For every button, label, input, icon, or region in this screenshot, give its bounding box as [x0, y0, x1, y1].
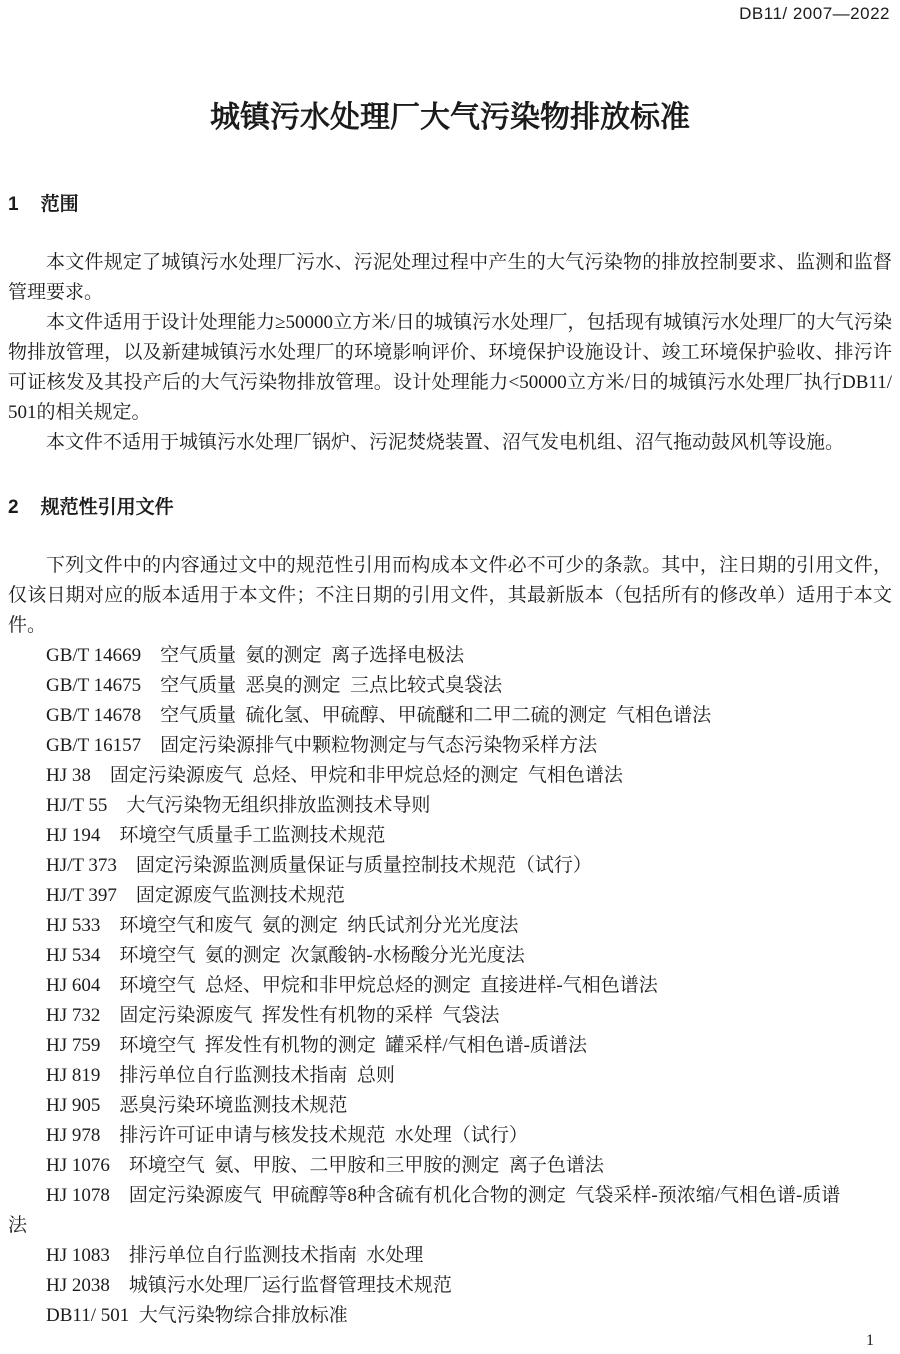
- reference-item: HJ 978 排污许可证申请与核发技术规范 水处理（试行）: [8, 1121, 892, 1151]
- reference-item: GB/T 14669 空气质量 氨的测定 离子选择电极法: [8, 641, 892, 671]
- reference-item: HJ 732 固定污染源废气 挥发性有机物的采样 气袋法: [8, 1001, 892, 1031]
- document-page: DB11/ 2007—2022 城镇污水处理厂大气污染物排放标准 1范围 本文件…: [0, 0, 900, 1354]
- section-2-title: 规范性引用文件: [41, 497, 174, 518]
- scope-paragraph: 本文件不适用于城镇污水处理厂锅炉、污泥焚烧装置、沼气发电机组、沼气拖动鼓风机等设…: [8, 428, 892, 458]
- section-2-number: 2: [8, 495, 19, 521]
- reference-item: HJ 905 恶臭污染环境监测技术规范: [8, 1091, 892, 1121]
- reference-item: HJ 604 环境空气 总烃、甲烷和非甲烷总烃的测定 直接进样-气相色谱法: [8, 971, 892, 1001]
- page-footer: 1: [866, 1332, 874, 1350]
- page-number: 1: [866, 1332, 874, 1349]
- reference-item: HJ/T 397 固定源废气监测技术规范: [8, 881, 892, 911]
- reference-item: HJ 38 固定污染源废气 总烃、甲烷和非甲烷总烃的测定 气相色谱法: [8, 761, 892, 791]
- reference-item: HJ 1078 固定污染源废气 甲硫醇等8种含硫有机化合物的测定 气袋采样-预浓…: [8, 1181, 892, 1241]
- reference-item: GB/T 14678 空气质量 硫化氢、甲硫醇、甲硫醚和二甲二硫的测定 气相色谱…: [8, 701, 892, 731]
- reference-list: GB/T 14669 空气质量 氨的测定 离子选择电极法 GB/T 14675 …: [8, 641, 892, 1331]
- reference-item: GB/T 14675 空气质量 恶臭的测定 三点比较式臭袋法: [8, 671, 892, 701]
- reference-item: HJ 759 环境空气 挥发性有机物的测定 罐采样/气相色谱-质谱法: [8, 1031, 892, 1061]
- document-title: 城镇污水处理厂大气污染物排放标准: [8, 98, 892, 138]
- section-scope: 1范围 本文件规定了城镇污水处理厂污水、污泥处理过程中产生的大气污染物的排放控制…: [8, 192, 892, 458]
- section-1-heading: 1范围: [8, 192, 892, 218]
- reference-item: HJ/T 55 大气污染物无组织排放监测技术导则: [8, 791, 892, 821]
- reference-item: HJ 1083 排污单位自行监测技术指南 水处理: [8, 1241, 892, 1271]
- scope-paragraph: 本文件适用于设计处理能力≥50000立方米/日的城镇污水处理厂，包括现有城镇污水…: [8, 308, 892, 428]
- reference-item: HJ 2038 城镇污水处理厂运行监督管理技术规范: [8, 1271, 892, 1301]
- scope-paragraph: 本文件规定了城镇污水处理厂污水、污泥处理过程中产生的大气污染物的排放控制要求、监…: [8, 248, 892, 308]
- reference-item: HJ 194 环境空气质量手工监测技术规范: [8, 821, 892, 851]
- reference-item: HJ 533 环境空气和废气 氨的测定 纳氏试剂分光光度法: [8, 911, 892, 941]
- section-2-heading: 2规范性引用文件: [8, 495, 892, 521]
- reference-item: HJ 819 排污单位自行监测技术指南 总则: [8, 1061, 892, 1091]
- reference-item: HJ/T 373 固定污染源监测质量保证与质量控制技术规范（试行）: [8, 851, 892, 881]
- reference-item: GB/T 16157 固定污染源排气中颗粒物测定与气态污染物采样方法: [8, 731, 892, 761]
- section-normative-references: 2规范性引用文件 下列文件中的内容通过文中的规范性引用而构成本文件必不可少的条款…: [8, 495, 892, 1331]
- references-intro-paragraph: 下列文件中的内容通过文中的规范性引用而构成本文件必不可少的条款。其中，注日期的引…: [8, 551, 892, 641]
- reference-item: HJ 534 环境空气 氨的测定 次氯酸钠-水杨酸分光光度法: [8, 941, 892, 971]
- doc-number: DB11/ 2007—2022: [739, 4, 890, 23]
- section-1-title: 范围: [41, 194, 79, 215]
- reference-item: HJ 1076 环境空气 氨、甲胺、二甲胺和三甲胺的测定 离子色谱法: [8, 1151, 892, 1181]
- document-header: DB11/ 2007—2022: [8, 4, 892, 24]
- reference-item: DB11/ 501 大气污染物综合排放标准: [8, 1301, 892, 1331]
- section-1-number: 1: [8, 192, 19, 218]
